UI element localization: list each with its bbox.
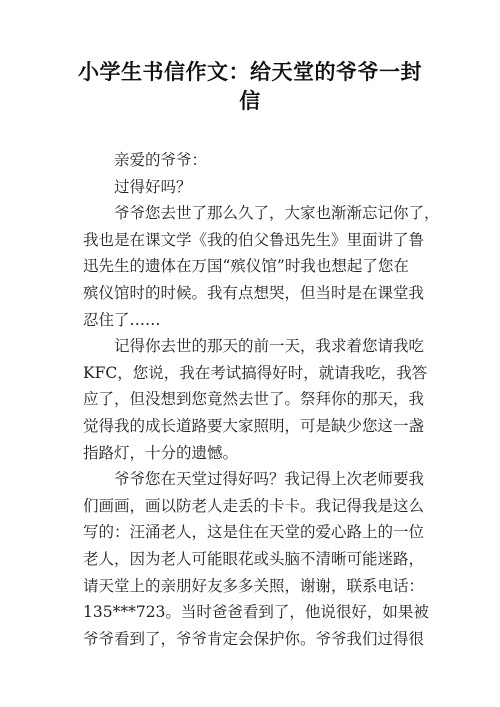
document-title: 小学生书信作文：给天堂的爷爷一封 信 <box>70 58 430 116</box>
body-line: KFC，您说，我在考试搞得好时，就请我吃，我答 <box>83 360 428 387</box>
body-line: 爷爷您去世了那么久了，大家也渐渐忘记你了， <box>83 200 428 227</box>
body-line: 135***723。当时爸爸看到了，他说很好，如果被 <box>83 599 428 626</box>
document-page: 小学生书信作文：给天堂的爷爷一封 信 亲爱的爷爷：过得好吗？爷爷您去世了那么久了… <box>0 0 500 707</box>
body-line: 爷爷看到了，爷爷肯定会保护你。爷爷我们过得很 <box>83 626 428 653</box>
body-line: 写的：汪涌老人，这是住在天堂的爱心路上的一位 <box>83 519 428 546</box>
body-line: 记得你去世的那天的前一天，我求着您请我吃 <box>83 333 428 360</box>
body-line: 亲爱的爷爷： <box>83 147 428 174</box>
body-line: 忍住了…… <box>83 307 428 334</box>
title-line-2: 信 <box>70 87 430 116</box>
body-line: 觉得我的成长道路要大家照明，可是缺少您这一盏 <box>83 413 428 440</box>
body-line: 请天堂上的亲朋好友多多关照，谢谢，联系电话： <box>83 573 428 600</box>
body-line: 我也是在课文学《我的伯父鲁迅先生》里面讲了鲁 <box>83 227 428 254</box>
body-line: 老人，因为老人可能眼花或头脑不清晰可能迷路， <box>83 546 428 573</box>
body-line: 殡仪馆时的时候。我有点想哭，但当时是在课堂我 <box>83 280 428 307</box>
body-line: 迅先生的遗体在万国“殡仪馆”时我也想起了您在 <box>83 253 428 280</box>
body-line: 们画画，画以防老人走丢的卡卡。我记得我是这么 <box>83 493 428 520</box>
body-line: 指路灯，十分的遗憾。 <box>83 440 428 467</box>
body-line: 爷爷您在天堂过得好吗？我记得上次老师要我 <box>83 466 428 493</box>
body-line: 过得好吗？ <box>83 174 428 201</box>
title-line-1: 小学生书信作文：给天堂的爷爷一封 <box>70 58 430 87</box>
body-line: 应了，但没想到您竟然去世了。祭拜你的那天，我 <box>83 386 428 413</box>
letter-body: 亲爱的爷爷：过得好吗？爷爷您去世了那么久了，大家也渐渐忘记你了，我也是在课文学《… <box>83 147 428 652</box>
